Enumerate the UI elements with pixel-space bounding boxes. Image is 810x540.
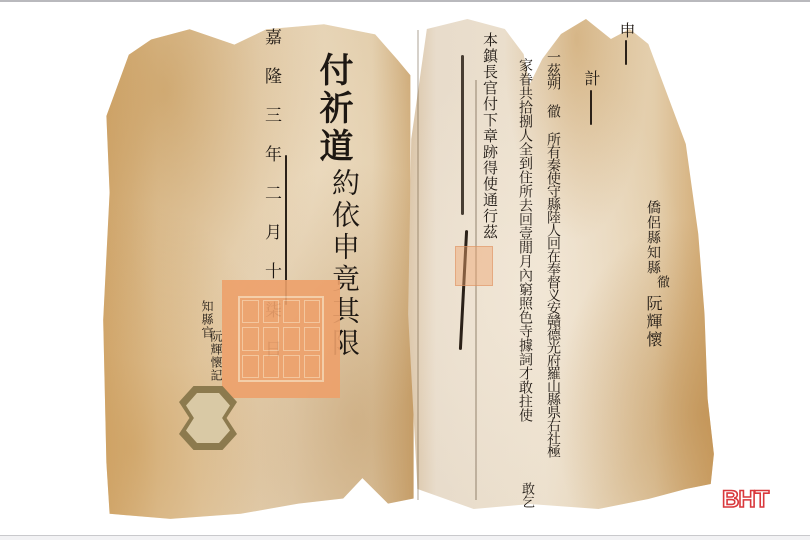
right-column-4: 計 <box>583 70 599 86</box>
left-manuscript-sheet <box>100 14 420 524</box>
annotation-column-2: 阮輝懷記 <box>210 330 222 382</box>
brush-stroke <box>461 55 464 215</box>
right-manuscript-sheet <box>405 14 717 514</box>
fold-line <box>475 80 477 500</box>
small-red-seal <box>455 246 493 286</box>
right-column-8: 阮輝懷 <box>645 295 661 349</box>
right-column-6: 僑侶縣知縣 <box>646 200 660 275</box>
brush-stroke <box>625 40 627 65</box>
right-column-1: 本鎮長官付下章跡得使通行茲 <box>482 32 497 240</box>
official-red-seal <box>222 280 340 398</box>
right-column-5: 申 <box>618 22 634 38</box>
brush-stroke <box>590 90 592 125</box>
right-column-7: 徹 <box>655 275 668 288</box>
bht-watermark-logo: BHT <box>722 486 768 514</box>
main-text-column-1: 付祈道 <box>316 52 350 166</box>
fold-line <box>417 30 419 500</box>
right-tail-text: 敢乞 <box>520 482 533 508</box>
frame-bottom-border <box>0 535 810 540</box>
right-column-3: 一茲朔 徹 所有秦使守縣陸人回在奉督义安贛德光府羅山縣県右社極 <box>546 50 560 457</box>
frame-top-border <box>0 0 810 2</box>
right-column-2: 家眷共拾捌人全到住所去回壹閒月內窮照色寺據詞才敢拄使 <box>518 58 532 422</box>
